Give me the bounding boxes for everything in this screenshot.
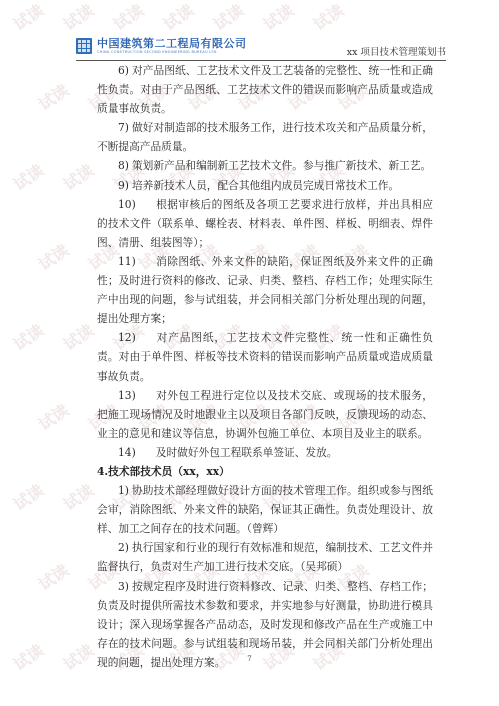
list-item: 7)做好对制造部的技术服务工作，进行技术攻关和产品质量分析，不断提高产品质量。 [97,118,433,156]
list-item: 9)培养新技术人员，配合其他组内成员完成日常技术工作。 [97,176,433,195]
list-item: 1)协助技术部经理做好设计方面的技术管理工作。组织或参与图纸会审，消除图纸、外来… [97,481,433,538]
page-header: 中国建筑第二工程局有限公司 CHINA CONSTRUCTION SECOND … [76,38,446,61]
list-item: 11)消除图纸、外来文件的缺陷，保证图纸及外来文件的正确性；及时进行资料的修改、… [97,252,433,328]
company-name-en: CHINA CONSTRUCTION SECOND ENGINEERING BU… [97,51,247,55]
list-item: 6)对产品图纸、工艺技术文件及工艺装备的完整性、统一性和正确性负责。对由于产品图… [97,61,433,118]
page-body: 6)对产品图纸、工艺技术文件及工艺装备的完整性、统一性和正确性负责。对由于产品图… [97,61,433,672]
document-page: 中国建筑第二工程局有限公司 CHINA CONSTRUCTION SECOND … [0,0,499,706]
section-heading: 4.技术部技术员（xx，xx） [97,462,433,481]
page-number: 7 [0,655,499,663]
list-item: 14)及时做好外包工程联系单签证、发放。 [97,443,433,462]
list-item: 10)根据审核后的图纸及各项工艺要求进行放样，并出具相应的技术文件（联系单、螺栓… [97,195,433,252]
list-item: 8)策划新产品和编制新工艺技术文件。参与推广新技术、新工艺。 [97,156,433,175]
company-name-cn: 中国建筑第二工程局有限公司 [97,38,247,49]
list-item: 12)对产品图纸，工艺技术文件完整性、统一性和正确性负责。对由于单件图、样板等技… [97,328,433,385]
company-logo: 中国建筑第二工程局有限公司 CHINA CONSTRUCTION SECOND … [76,38,247,55]
list-item: 2)执行国家和行业的现行有效标准和规范，编制技术、工艺文件并监督执行，负责对生产… [97,538,433,576]
document-title: xx 项目技术管理策划书 [347,44,446,58]
list-item: 13)对外包工程进行定位以及技术交底、或现场的技术服务，把施工现场情况及时地跟业… [97,386,433,443]
cscec-logo-icon [76,38,92,54]
